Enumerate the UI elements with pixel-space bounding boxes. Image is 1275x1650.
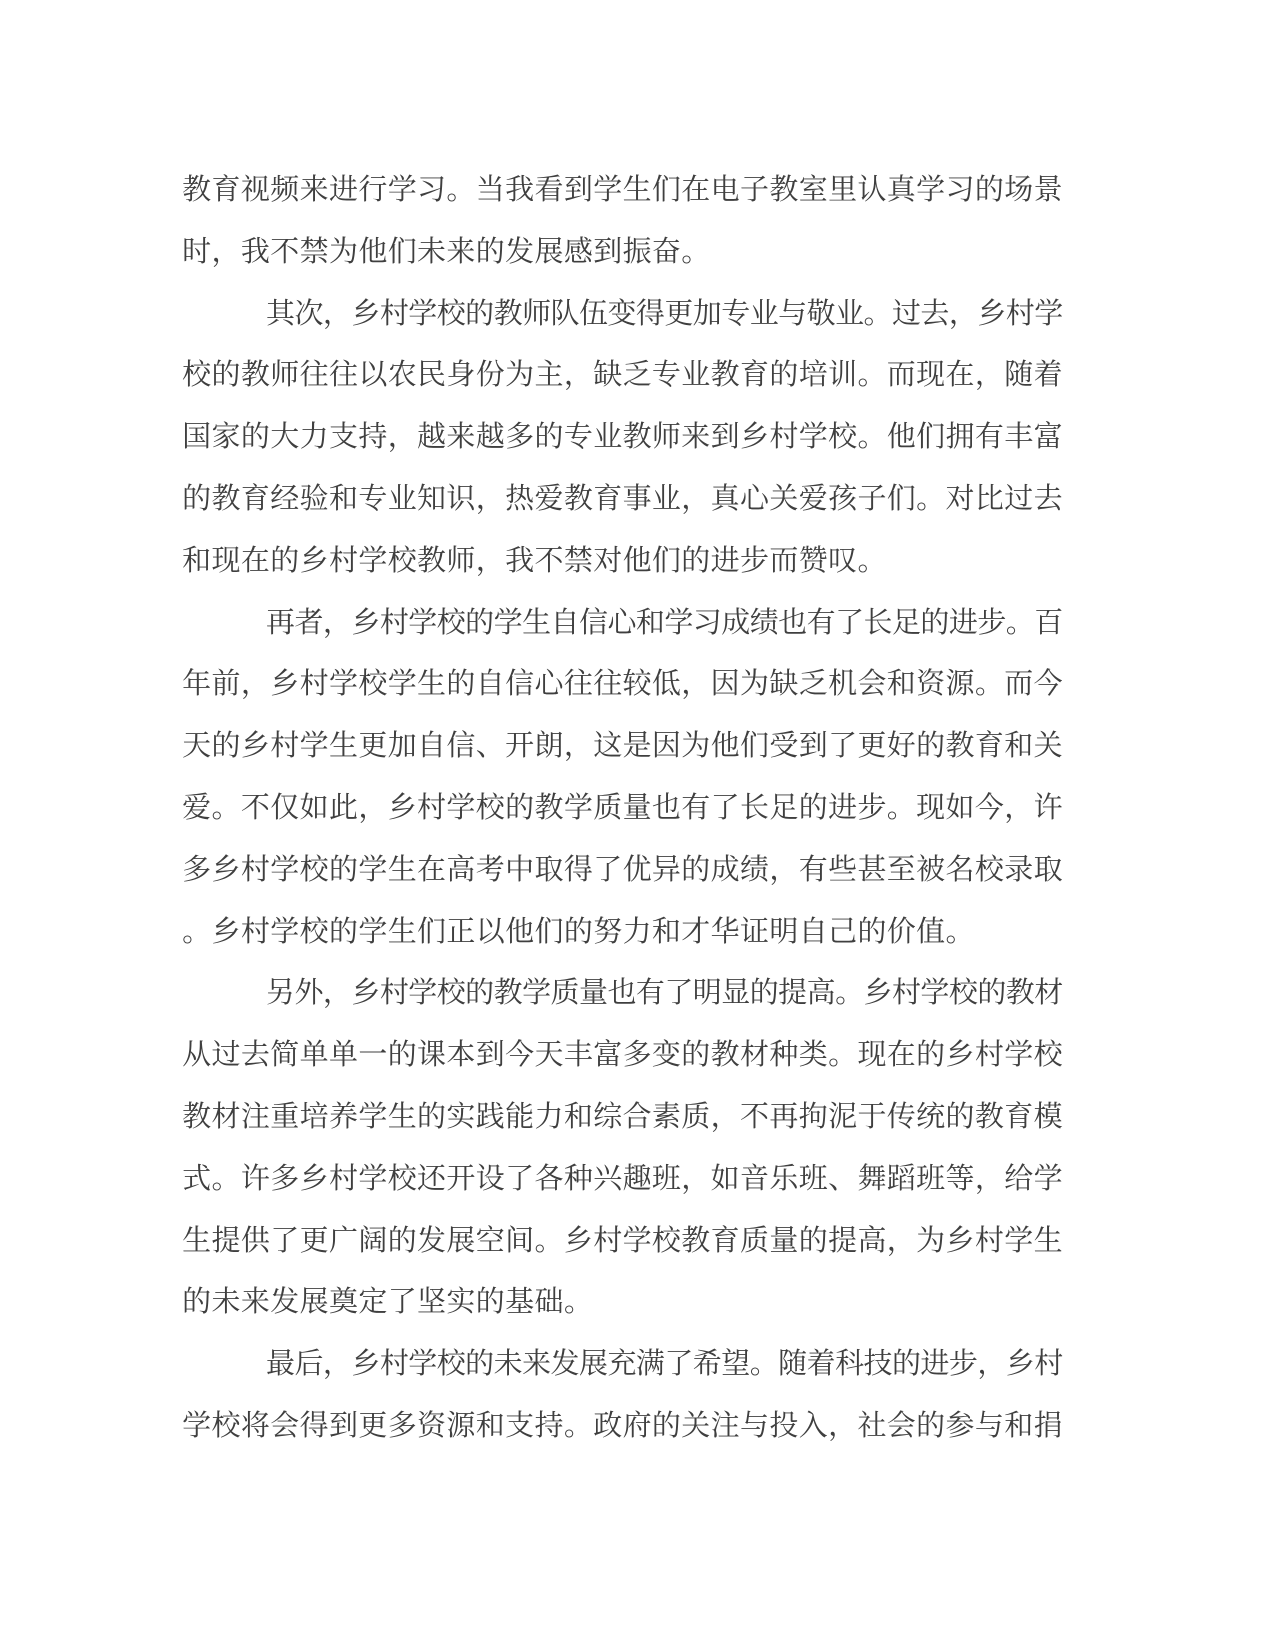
glyph: 注 <box>710 1396 739 1458</box>
glyph: 教 <box>417 531 446 593</box>
glyph: 的 <box>211 345 240 407</box>
glyph: 校 <box>437 963 465 1025</box>
glyph: 资 <box>417 1396 446 1458</box>
glyph: 学 <box>622 1211 651 1273</box>
glyph: 甚 <box>857 840 886 902</box>
glyph: 爱 <box>534 469 563 531</box>
glyph: 素 <box>652 1087 681 1149</box>
glyph: 大 <box>270 407 299 469</box>
glyph: ， <box>476 469 505 531</box>
glyph: 教 <box>769 160 798 222</box>
glyph: 舞 <box>857 1149 886 1211</box>
glyph: 缺 <box>769 654 798 716</box>
glyph: 有 <box>975 407 1004 469</box>
glyph: 到 <box>564 160 593 222</box>
glyph: 频 <box>270 160 299 222</box>
glyph: 绩 <box>740 840 769 902</box>
glyph: 中 <box>505 840 534 902</box>
glyph: 的 <box>769 345 798 407</box>
glyph: 些 <box>828 840 857 902</box>
glyph: 政 <box>593 1396 622 1458</box>
glyph: 实 <box>446 1272 475 1334</box>
glyph: 种 <box>769 1025 798 1087</box>
glyph: 了 <box>828 716 857 778</box>
glyph: 培 <box>299 1087 328 1149</box>
glyph: ， <box>323 963 351 1025</box>
glyph: 们 <box>417 902 446 964</box>
glyph: 校 <box>949 963 977 1025</box>
glyph: 高 <box>807 963 835 1025</box>
glyph: 朗 <box>534 716 563 778</box>
glyph: 们 <box>534 902 563 964</box>
glyph: 府 <box>622 1396 651 1458</box>
glyph: 式 <box>182 1149 211 1211</box>
glyph: 努 <box>593 902 622 964</box>
glyph: 步 <box>857 778 886 840</box>
glyph: 的 <box>388 1211 417 1273</box>
glyph: 自 <box>799 902 828 964</box>
glyph: 考 <box>476 840 505 902</box>
glyph: 。 <box>857 407 886 469</box>
glyph: 教 <box>494 963 522 1025</box>
glyph: 电 <box>710 160 739 222</box>
glyph: 。 <box>945 902 974 964</box>
glyph: 师 <box>522 284 550 346</box>
text-line: 生提供了更广阔的发展空间。乡村学校教育质量的提高，为乡村学生 <box>182 1211 1063 1273</box>
glyph: 识 <box>446 469 475 531</box>
glyph: 量 <box>622 778 651 840</box>
glyph: 的 <box>916 716 945 778</box>
glyph: 育 <box>593 469 622 531</box>
glyph: 高 <box>857 1211 886 1273</box>
glyph: 看 <box>534 160 563 222</box>
glyph: 进 <box>329 160 358 222</box>
text-line: 再者，乡村学校的学生自信心和学习成绩也有了长足的进步。百 <box>182 593 1063 655</box>
glyph: 此 <box>329 778 358 840</box>
glyph: 富 <box>593 1025 622 1087</box>
glyph: 为 <box>916 1211 945 1273</box>
glyph: 入 <box>799 1396 828 1458</box>
glyph: 与 <box>778 284 806 346</box>
glyph: 定 <box>358 1272 387 1334</box>
glyph: 育 <box>975 716 1004 778</box>
glyph: 的 <box>329 840 358 902</box>
glyph: 趣 <box>622 1149 651 1211</box>
glyph: 校 <box>299 840 328 902</box>
glyph: 间 <box>505 1211 534 1273</box>
glyph: 和 <box>182 531 211 593</box>
glyph: 育 <box>241 469 270 531</box>
glyph: 更 <box>664 284 692 346</box>
glyph: 与 <box>975 1396 1004 1458</box>
glyph: 提 <box>211 1211 240 1273</box>
glyph: ， <box>887 1211 916 1273</box>
glyph: 未 <box>417 222 446 284</box>
glyph: 了 <box>270 1211 299 1273</box>
glyph: 的 <box>182 1272 211 1334</box>
glyph: 校 <box>437 284 465 346</box>
glyph: 得 <box>299 1396 328 1458</box>
glyph: 学 <box>408 593 436 655</box>
text-line: 。乡村学校的学生们正以他们的努力和才华证明自己的价值。 <box>182 902 1063 964</box>
glyph: 校 <box>652 1211 681 1273</box>
glyph: 的 <box>750 963 778 1025</box>
glyph: 热 <box>505 469 534 531</box>
glyph: 。 <box>857 345 886 407</box>
text-line: 的教育经验和专业知识，热爱教育事业，真心关爱孩子们。对比过去 <box>182 469 1063 531</box>
glyph: 了 <box>593 840 622 902</box>
glyph: 村 <box>892 963 920 1025</box>
glyph: 力 <box>622 902 651 964</box>
glyph: 空 <box>476 1211 505 1273</box>
glyph: 础 <box>534 1272 563 1334</box>
text-line: 多乡村学校的学生在高考中取得了优异的成绩，有些甚至被名校录取 <box>182 840 1063 902</box>
glyph: 开 <box>446 1149 475 1211</box>
glyph: 们 <box>388 222 417 284</box>
glyph: 份 <box>476 345 505 407</box>
glyph: 科 <box>835 1334 863 1396</box>
glyph: 师 <box>652 407 681 469</box>
glyph: 投 <box>769 1396 798 1458</box>
glyph: 百 <box>1034 593 1062 655</box>
glyph: 村 <box>241 840 270 902</box>
glyph: 的 <box>975 160 1004 222</box>
glyph: 乡 <box>977 284 1005 346</box>
glyph: 年 <box>182 654 211 716</box>
glyph: 得 <box>636 284 664 346</box>
glyph: 生 <box>622 160 651 222</box>
glyph: 村 <box>380 593 408 655</box>
glyph: 村 <box>593 1211 622 1273</box>
glyph: 学 <box>182 1396 211 1458</box>
glyph: 和 <box>329 469 358 531</box>
glyph: 的 <box>211 716 240 778</box>
glyph: 真 <box>887 160 916 222</box>
glyph: 的 <box>681 531 710 593</box>
glyph: 村 <box>975 1211 1004 1273</box>
glyph: 长 <box>864 593 892 655</box>
glyph: 校 <box>975 840 1004 902</box>
glyph: 教 <box>681 1211 710 1273</box>
glyph: 业 <box>835 284 863 346</box>
glyph: 。 <box>446 160 475 222</box>
glyph: 。 <box>887 778 916 840</box>
glyph: 学 <box>1004 1025 1033 1087</box>
glyph: 质 <box>740 1211 769 1273</box>
glyph: 。 <box>182 902 211 964</box>
glyph: 来 <box>241 1272 270 1334</box>
glyph: 村 <box>241 902 270 964</box>
glyph: 正 <box>446 902 475 964</box>
glyph: 合 <box>622 1087 651 1149</box>
glyph: 乡 <box>564 1211 593 1273</box>
glyph: 认 <box>857 160 886 222</box>
glyph: 习 <box>417 160 446 222</box>
glyph: 伍 <box>579 284 607 346</box>
glyph: 为 <box>505 345 534 407</box>
glyph: ， <box>949 284 977 346</box>
glyph: 业 <box>681 345 710 407</box>
glyph: 禁 <box>299 222 328 284</box>
glyph: 学 <box>270 902 299 964</box>
glyph: 外 <box>294 963 322 1025</box>
text-line: 校的教师往往以农民身份为主，缺乏专业教育的培训。而现在，随着 <box>182 345 1063 407</box>
glyph: 。 <box>916 469 945 531</box>
glyph: 明 <box>693 963 721 1025</box>
glyph: 不 <box>270 222 299 284</box>
glyph: 的 <box>465 593 493 655</box>
glyph: 学 <box>916 160 945 222</box>
glyph: 和 <box>564 1087 593 1149</box>
glyph: 也 <box>652 778 681 840</box>
glyph: 村 <box>417 778 446 840</box>
glyph: 关 <box>769 469 798 531</box>
glyph: 室 <box>799 160 828 222</box>
glyph: 提 <box>778 963 806 1025</box>
glyph: 。 <box>681 222 710 284</box>
glyph: 来 <box>681 407 710 469</box>
glyph: 来 <box>446 407 475 469</box>
glyph: 教 <box>534 778 563 840</box>
glyph: 的 <box>916 1396 945 1458</box>
glyph: 提 <box>828 1211 857 1273</box>
glyph: 统 <box>916 1087 945 1149</box>
glyph: 来 <box>446 222 475 284</box>
glyph: 村 <box>329 531 358 593</box>
glyph: 们 <box>916 407 945 469</box>
glyph: 的 <box>446 654 475 716</box>
glyph: 教 <box>622 407 651 469</box>
text-line: 国家的大力支持，越来越多的专业教师来到乡村学校。他们拥有丰富 <box>182 407 1063 469</box>
glyph: 和 <box>476 1396 505 1458</box>
glyph: 心 <box>740 469 769 531</box>
glyph: 材 <box>1034 963 1062 1025</box>
glyph: 教 <box>564 469 593 531</box>
glyph: 明 <box>769 902 798 964</box>
glyph: 村 <box>1034 1334 1062 1396</box>
glyph: 教 <box>494 284 522 346</box>
glyph: 己 <box>828 902 857 964</box>
glyph: 生 <box>417 654 446 716</box>
glyph: 过 <box>892 284 920 346</box>
glyph: 的 <box>417 1087 446 1149</box>
glyph: 乡 <box>1006 1334 1034 1396</box>
glyph: 技 <box>864 1334 892 1396</box>
glyph: 行 <box>358 160 387 222</box>
glyph: 的 <box>476 1272 505 1334</box>
glyph: 希 <box>693 1334 721 1396</box>
glyph: 学 <box>522 963 550 1025</box>
text-line: 教育视频来进行学习。当我看到学生们在电子教室里认真学习的场景 <box>182 160 1063 222</box>
text-line: 其次，乡村学校的教师队伍变得更加专业与敬业。过去，乡村学 <box>182 284 1063 346</box>
glyph: 生 <box>182 1211 211 1273</box>
glyph: 各 <box>534 1149 563 1211</box>
glyph: 主 <box>534 345 563 407</box>
glyph: 时 <box>182 222 211 284</box>
glyph: ， <box>828 1396 857 1458</box>
glyph: 拘 <box>799 1087 828 1149</box>
glyph: 更 <box>857 716 886 778</box>
glyph: 的 <box>270 531 299 593</box>
glyph: 业 <box>652 469 681 531</box>
glyph: 村 <box>299 654 328 716</box>
glyph: 学 <box>388 654 417 716</box>
glyph: 信 <box>579 593 607 655</box>
glyph: 子 <box>740 160 769 222</box>
glyph: 乡 <box>945 1211 974 1273</box>
glyph: 种 <box>564 1149 593 1211</box>
glyph: ， <box>681 654 710 716</box>
glyph: 发 <box>270 1272 299 1334</box>
glyph: 我 <box>505 160 534 222</box>
glyph: 许 <box>1033 778 1062 840</box>
glyph: 乡 <box>299 531 328 593</box>
glyph: 了 <box>664 963 692 1025</box>
glyph: 多 <box>622 1025 651 1087</box>
glyph: 着 <box>1033 345 1062 407</box>
glyph: 多 <box>270 1149 299 1211</box>
glyph: 学 <box>1033 1149 1062 1211</box>
glyph: 们 <box>652 160 681 222</box>
glyph: 以 <box>358 345 387 407</box>
glyph: 乡 <box>351 1334 379 1396</box>
glyph: 设 <box>476 1149 505 1211</box>
glyph: 天 <box>534 1025 563 1087</box>
glyph: 有 <box>799 840 828 902</box>
glyph: ， <box>241 654 270 716</box>
glyph: 村 <box>270 716 299 778</box>
glyph: 当 <box>476 160 505 222</box>
glyph: 拥 <box>945 407 974 469</box>
glyph: 。 <box>534 1211 563 1273</box>
glyph: 教 <box>182 1087 211 1149</box>
glyph: 广 <box>329 1211 358 1273</box>
glyph: 充 <box>607 1334 635 1396</box>
glyph: 与 <box>740 1396 769 1458</box>
glyph: 习 <box>693 593 721 655</box>
glyph: 村 <box>380 284 408 346</box>
glyph: 为 <box>740 654 769 716</box>
text-line: 年前，乡村学校学生的自信心往往较低，因为缺乏机会和资源。而今 <box>182 654 1063 716</box>
glyph: 模 <box>1033 1087 1062 1149</box>
glyph: 变 <box>607 284 635 346</box>
glyph: 兴 <box>593 1149 622 1211</box>
glyph: 取 <box>1033 840 1062 902</box>
glyph: 乡 <box>351 284 379 346</box>
glyph: 专 <box>652 345 681 407</box>
glyph: 教 <box>241 345 270 407</box>
glyph: 者 <box>294 593 322 655</box>
glyph: 的 <box>476 222 505 284</box>
glyph: 他 <box>887 407 916 469</box>
glyph: 加 <box>388 716 417 778</box>
glyph: 发 <box>505 222 534 284</box>
glyph: 进 <box>949 593 977 655</box>
glyph: ， <box>710 1087 739 1149</box>
glyph: 前 <box>211 654 240 716</box>
glyph: 也 <box>778 593 806 655</box>
glyph: 校 <box>828 407 857 469</box>
glyph: 班 <box>799 1149 828 1211</box>
glyph: 专 <box>358 469 387 531</box>
glyph: 业 <box>593 407 622 469</box>
glyph: 的 <box>241 407 270 469</box>
glyph: 信 <box>505 654 534 716</box>
glyph: 村 <box>380 1334 408 1396</box>
glyph: 更 <box>358 716 387 778</box>
glyph: 以 <box>476 902 505 964</box>
glyph: 村 <box>1006 284 1034 346</box>
glyph: 到 <box>329 1396 358 1458</box>
glyph: 更 <box>358 1396 387 1458</box>
glyph: 往 <box>299 345 328 407</box>
glyph: 。 <box>750 1334 778 1396</box>
glyph: 低 <box>652 654 681 716</box>
text-line: 从过去简单单一的课本到今天丰富多变的教材种类。现在的乡村学校 <box>182 1025 1063 1087</box>
glyph: 和 <box>652 902 681 964</box>
glyph: 经 <box>270 469 299 531</box>
glyph: 校 <box>358 654 387 716</box>
glyph: 。 <box>564 1396 593 1458</box>
glyph: 发 <box>551 1334 579 1396</box>
glyph: 生 <box>388 840 417 902</box>
glyph: 过 <box>1004 469 1033 531</box>
glyph: 更 <box>299 1211 328 1273</box>
glyph: 来 <box>522 1334 550 1396</box>
glyph: 多 <box>182 840 211 902</box>
glyph: 异 <box>652 840 681 902</box>
glyph: 乡 <box>241 716 270 778</box>
glyph: 未 <box>494 1334 522 1396</box>
glyph: ， <box>358 778 387 840</box>
glyph: 。 <box>857 531 886 593</box>
glyph: 。 <box>1006 593 1034 655</box>
glyph: 和 <box>1004 716 1033 778</box>
glyph: 生 <box>329 716 358 778</box>
glyph: 展 <box>579 1334 607 1396</box>
glyph: 他 <box>358 222 387 284</box>
glyph: 校 <box>1033 1025 1062 1087</box>
glyph: 有 <box>807 593 835 655</box>
glyph: 类 <box>799 1025 828 1087</box>
glyph: 校 <box>211 1396 240 1458</box>
glyph: 乡 <box>211 902 240 964</box>
glyph: 变 <box>652 1025 681 1087</box>
glyph: 不 <box>534 531 563 593</box>
glyph: 阔 <box>358 1211 387 1273</box>
document-page: 教育视频来进行学习。当我看到学生们在电子教室里认真学习的场景时，我不禁为他们未来… <box>0 0 1275 1650</box>
glyph: 今 <box>1033 654 1062 716</box>
glyph: 、 <box>476 716 505 778</box>
glyph: 是 <box>622 716 651 778</box>
glyph: 的 <box>465 284 493 346</box>
glyph: 现 <box>916 778 945 840</box>
glyph: 他 <box>710 716 739 778</box>
glyph: 高 <box>446 840 475 902</box>
glyph: 的 <box>799 1211 828 1273</box>
glyph: 奋 <box>652 222 681 284</box>
glyph: 持 <box>534 1396 563 1458</box>
glyph: 去 <box>241 1025 270 1087</box>
glyph: 爱 <box>182 778 211 840</box>
glyph: 民 <box>417 345 446 407</box>
glyph: 在 <box>681 160 710 222</box>
glyph: 过 <box>211 1025 240 1087</box>
glyph: 进 <box>920 1334 948 1396</box>
glyph: 如 <box>299 778 328 840</box>
glyph: 的 <box>652 1396 681 1458</box>
glyph: 到 <box>799 716 828 778</box>
